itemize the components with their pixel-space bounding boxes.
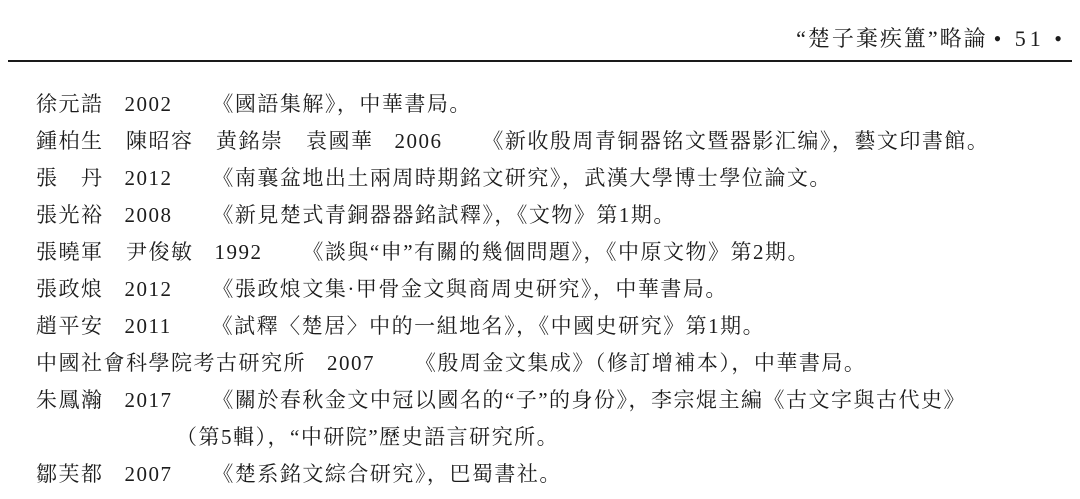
ref-citation: 《新收殷周青铜器铭文暨器影汇编》，藝文印書館。 (482, 129, 989, 153)
ref-authors: 張 丹 (36, 166, 104, 190)
ref-authors: 張曉軍 尹俊敏 (36, 240, 194, 264)
ref-authors: 徐元誥 (36, 92, 104, 116)
ref-year: 2002 (125, 92, 173, 116)
running-title: “楚子棄疾簠”略論 (796, 26, 988, 51)
reference-entry: 中國社會科學院考古研究所2007《殷周金文集成》（修訂增補本），中華書局。 (36, 345, 1060, 382)
reference-entry: 張曉軍 尹俊敏1992《談與“申”有關的幾個問題》，《中原文物》第2期。 (36, 234, 1060, 271)
ref-authors: 鍾柏生 陳昭容 黄銘崇 袁國華 (36, 129, 374, 153)
ref-year: 2017 (125, 388, 173, 412)
reference-entry: 張 丹2012《南襄盆地出土兩周時期銘文研究》，武漢大學博士學位論文。 (36, 160, 1060, 197)
ref-citation: 《談與“申”有關的幾個問題》，《中原文物》第2期。 (302, 240, 810, 264)
ref-citation: 《試釋〈楚居〉中的一組地名》，《中國史研究》第1期。 (212, 314, 766, 338)
ref-authors: 鄒芙都 (36, 462, 104, 486)
ref-authors: 張政烺 (36, 277, 104, 301)
ref-year: 2011 (125, 314, 172, 338)
page-number: • 51 • (994, 26, 1066, 51)
ref-authors: 趙平安 (36, 314, 104, 338)
ref-year: 2008 (125, 203, 173, 227)
ref-year: 2007 (327, 351, 375, 375)
ref-authors: 朱鳳瀚 (36, 388, 104, 412)
ref-citation: 《國語集解》，中華書局。 (212, 92, 472, 116)
ref-citation: 《新見楚式青銅器器銘試釋》，《文物》第1期。 (212, 203, 676, 227)
ref-citation: 《南襄盆地出土兩周時期銘文研究》，武漢大學博士學位論文。 (212, 166, 832, 190)
ref-citation: 《殷周金文集成》（修訂增補本），中華書局。 (415, 351, 867, 375)
reference-entry: 張光裕2008《新見楚式青銅器器銘試釋》，《文物》第1期。 (36, 197, 1060, 234)
reference-entry: 朱鳳瀚2017《關於春秋金文中冠以國名的“子”的身份》，李宗焜主編《古文字與古代… (36, 382, 1060, 419)
reference-entry: 張政烺2012《張政烺文集·甲骨金文與商周史研究》，中華書局。 (36, 271, 1060, 308)
ref-year: 2007 (125, 462, 173, 486)
references-list: 徐元誥2002《國語集解》，中華書局。 鍾柏生 陳昭容 黄銘崇 袁國華2006《… (0, 62, 1080, 493)
reference-entry: 徐元誥2002《國語集解》，中華書局。 (36, 86, 1060, 123)
ref-citation: 《張政烺文集·甲骨金文與商周史研究》，中華書局。 (212, 277, 728, 301)
ref-year: 2012 (125, 166, 173, 190)
ref-citation: 《楚系銘文綜合研究》，巴蜀書社。 (212, 462, 562, 486)
ref-authors: 張光裕 (36, 203, 104, 227)
reference-entry: 趙平安2011《試釋〈楚居〉中的一組地名》，《中國史研究》第1期。 (36, 308, 1060, 345)
ref-year: 1992 (215, 240, 263, 264)
ref-year: 2006 (395, 129, 443, 153)
paper-page: “楚子棄疾簠”略論• 51 • 徐元誥2002《國語集解》，中華書局。 鍾柏生 … (0, 0, 1080, 499)
reference-entry: 鍾柏生 陳昭容 黄銘崇 袁國華2006《新收殷周青铜器铭文暨器影汇编》，藝文印書… (36, 123, 1060, 160)
ref-citation: 《關於春秋金文中冠以國名的“子”的身份》，李宗焜主編《古文字與古代史》 (212, 388, 966, 412)
running-header: “楚子棄疾簠”略論• 51 • (0, 0, 1080, 60)
ref-year: 2012 (125, 277, 173, 301)
reference-continuation: （第5輯），“中研院”歷史語言研究所。 (36, 419, 1060, 456)
ref-authors: 中國社會科學院考古研究所 (36, 351, 306, 375)
reference-entry: 鄒芙都2007《楚系銘文綜合研究》，巴蜀書社。 (36, 456, 1060, 493)
